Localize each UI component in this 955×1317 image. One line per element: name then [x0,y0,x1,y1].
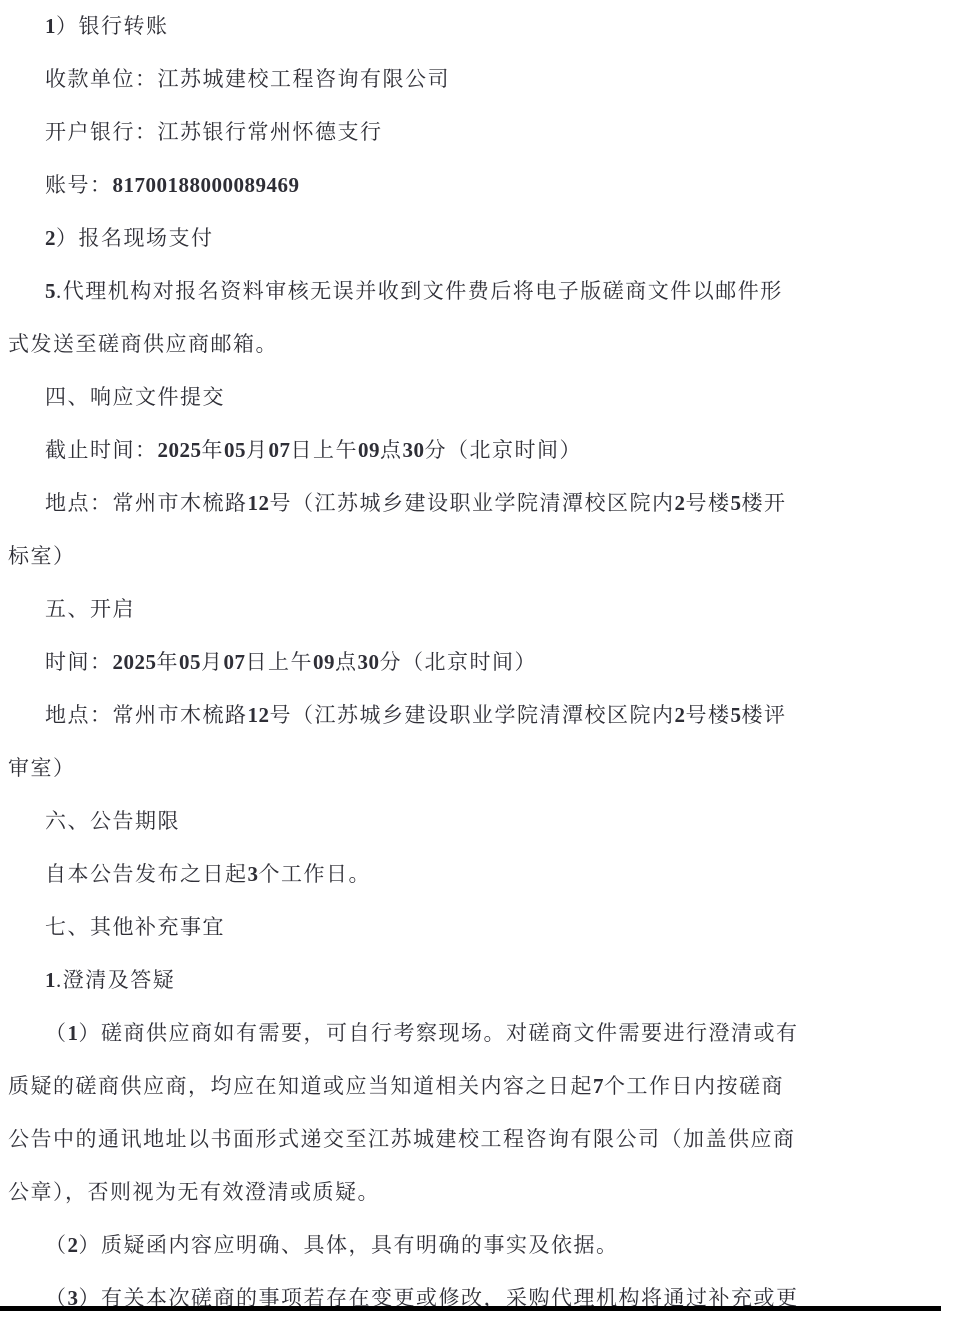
numeric-text: 05 [224,438,246,462]
numeric-text: 2 [45,226,56,250]
text-line: 质疑的磋商供应商，均应在知道或应当知道相关内容之日起7个工作日内按磋商 [8,1060,911,1113]
text-line: 公告中的通讯地址以书面形式递交至江苏城建校工程咨询有限公司（加盖供应商 [8,1113,911,1166]
numeric-text: 1 [45,14,56,38]
text-line: 四、响应文件提交 [8,371,911,424]
text-line: 自本公告发布之日起3个工作日。 [8,848,911,901]
numeric-text: 09 [358,438,380,462]
text-line: 截止时间：2025年05月07日上午09点30分（北京时间） [8,424,911,477]
text-line: 时间：2025年05月07日上午09点30分（北京时间） [8,636,911,689]
text-line: 账号：81700188000089469 [8,159,911,212]
text-line: 六、公告期限 [8,795,911,848]
text-line: 1）银行转账 [8,0,911,53]
numeric-text: 30 [403,438,425,462]
text-line: 七、其他补充事宜 [8,901,911,954]
numeric-text: 5 [731,491,742,515]
text-line: 公章），否则视为无有效澄清或质疑。 [8,1166,911,1219]
text-line: 标室） [8,530,911,583]
numeric-text: 5 [731,703,742,727]
numeric-text: 07 [269,438,291,462]
text-line: 地点：常州市木梳路12号（江苏城乡建设职业学院清潭校区院内2号楼5楼评 [8,689,911,742]
numeric-text: 05 [179,650,201,674]
numeric-text: 07 [224,650,246,674]
numeric-text: 2025 [113,650,157,674]
text-line: 地点：常州市木梳路12号（江苏城乡建设职业学院清潭校区院内2号楼5楼开 [8,477,911,530]
text-line: 5.代理机构对报名资料审核无误并收到文件费后将电子版磋商文件以邮件形 [8,265,911,318]
numeric-text: 12 [248,491,270,515]
numeric-text: 30 [358,650,380,674]
numeric-text: 2 [68,1233,79,1257]
numeric-text: 12 [248,703,270,727]
text-line: 式发送至磋商供应商邮箱。 [8,318,911,371]
page-bottom-border [0,1306,941,1311]
numeric-text: 5 [45,279,56,303]
text-line: 收款单位：江苏城建校工程咨询有限公司 [8,53,911,106]
document-body: 1）银行转账收款单位：江苏城建校工程咨询有限公司开户银行：江苏银行常州怀德支行账… [0,0,955,1317]
text-line: 2）报名现场支付 [8,212,911,265]
text-line: 五、开启 [8,583,911,636]
document-page: 1）银行转账收款单位：江苏城建校工程咨询有限公司开户银行：江苏银行常州怀德支行账… [0,0,955,1317]
numeric-text: 2025 [158,438,202,462]
text-line: 审室） [8,742,911,795]
numeric-text: 81700188000089469 [113,173,300,197]
text-line: （1）磋商供应商如有需要，可自行考察现场。对磋商文件需要进行澄清或有 [8,1007,911,1060]
text-line: 开户银行：江苏银行常州怀德支行 [8,106,911,159]
text-line: 1.澄清及答疑 [8,954,911,1007]
numeric-text: 7 [593,1074,604,1098]
numeric-text: 2 [675,703,686,727]
numeric-text: 2 [675,491,686,515]
numeric-text: 1 [68,1021,79,1045]
numeric-text: 1 [45,968,56,992]
numeric-text: 3 [248,862,259,886]
text-line: （2）质疑函内容应明确、具体，具有明确的事实及依据。 [8,1219,911,1272]
numeric-text: 09 [313,650,335,674]
